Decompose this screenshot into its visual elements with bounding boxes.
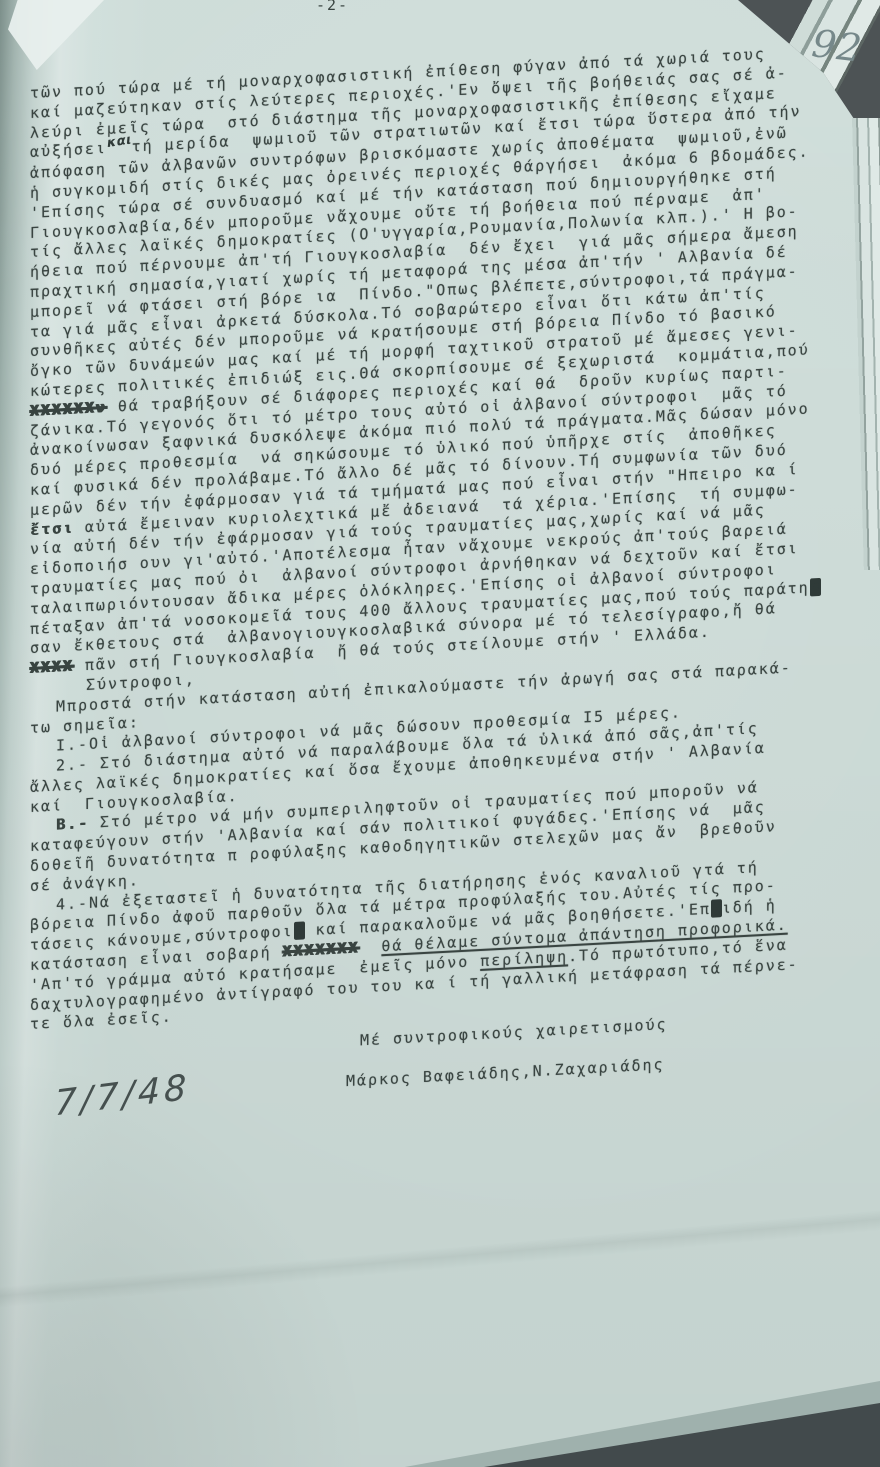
- typed-text: [359, 937, 381, 956]
- handwritten-insertion: και: [106, 131, 133, 154]
- scanned-document-photo: { "page": { "typed_page_number": "-2-", …: [0, 0, 880, 1467]
- typed-text-block: τῶν πού τώρα μέ τή μοναρχοφασιστική ἐπίθ…: [30, 41, 842, 1109]
- ink-blot: ε: [711, 899, 722, 918]
- overstruck-text: Β.-: [56, 814, 89, 834]
- overstruck-text: ἔτσι: [30, 518, 74, 538]
- ink-blot: ς: [294, 922, 305, 941]
- typed-text: ιδή ἡ: [722, 896, 777, 917]
- typed-text: αὐξήσει: [30, 139, 107, 161]
- paper-crease: [0, 1180, 880, 1340]
- typed-text: Μέ συντροφικούς χαιρετισμούς: [360, 1015, 667, 1049]
- ink-blot: σ: [810, 577, 821, 596]
- struck-out-text: ΧΧΧΧ: [30, 657, 74, 677]
- underlined-text: περίληψη: [480, 947, 568, 970]
- struck-out-text: ΧΧΧΧΧΧΧ: [283, 939, 360, 961]
- struck-out-text: ΧΧΧΧΧΧν: [30, 398, 107, 420]
- typed-page-number: -2-: [316, 0, 349, 14]
